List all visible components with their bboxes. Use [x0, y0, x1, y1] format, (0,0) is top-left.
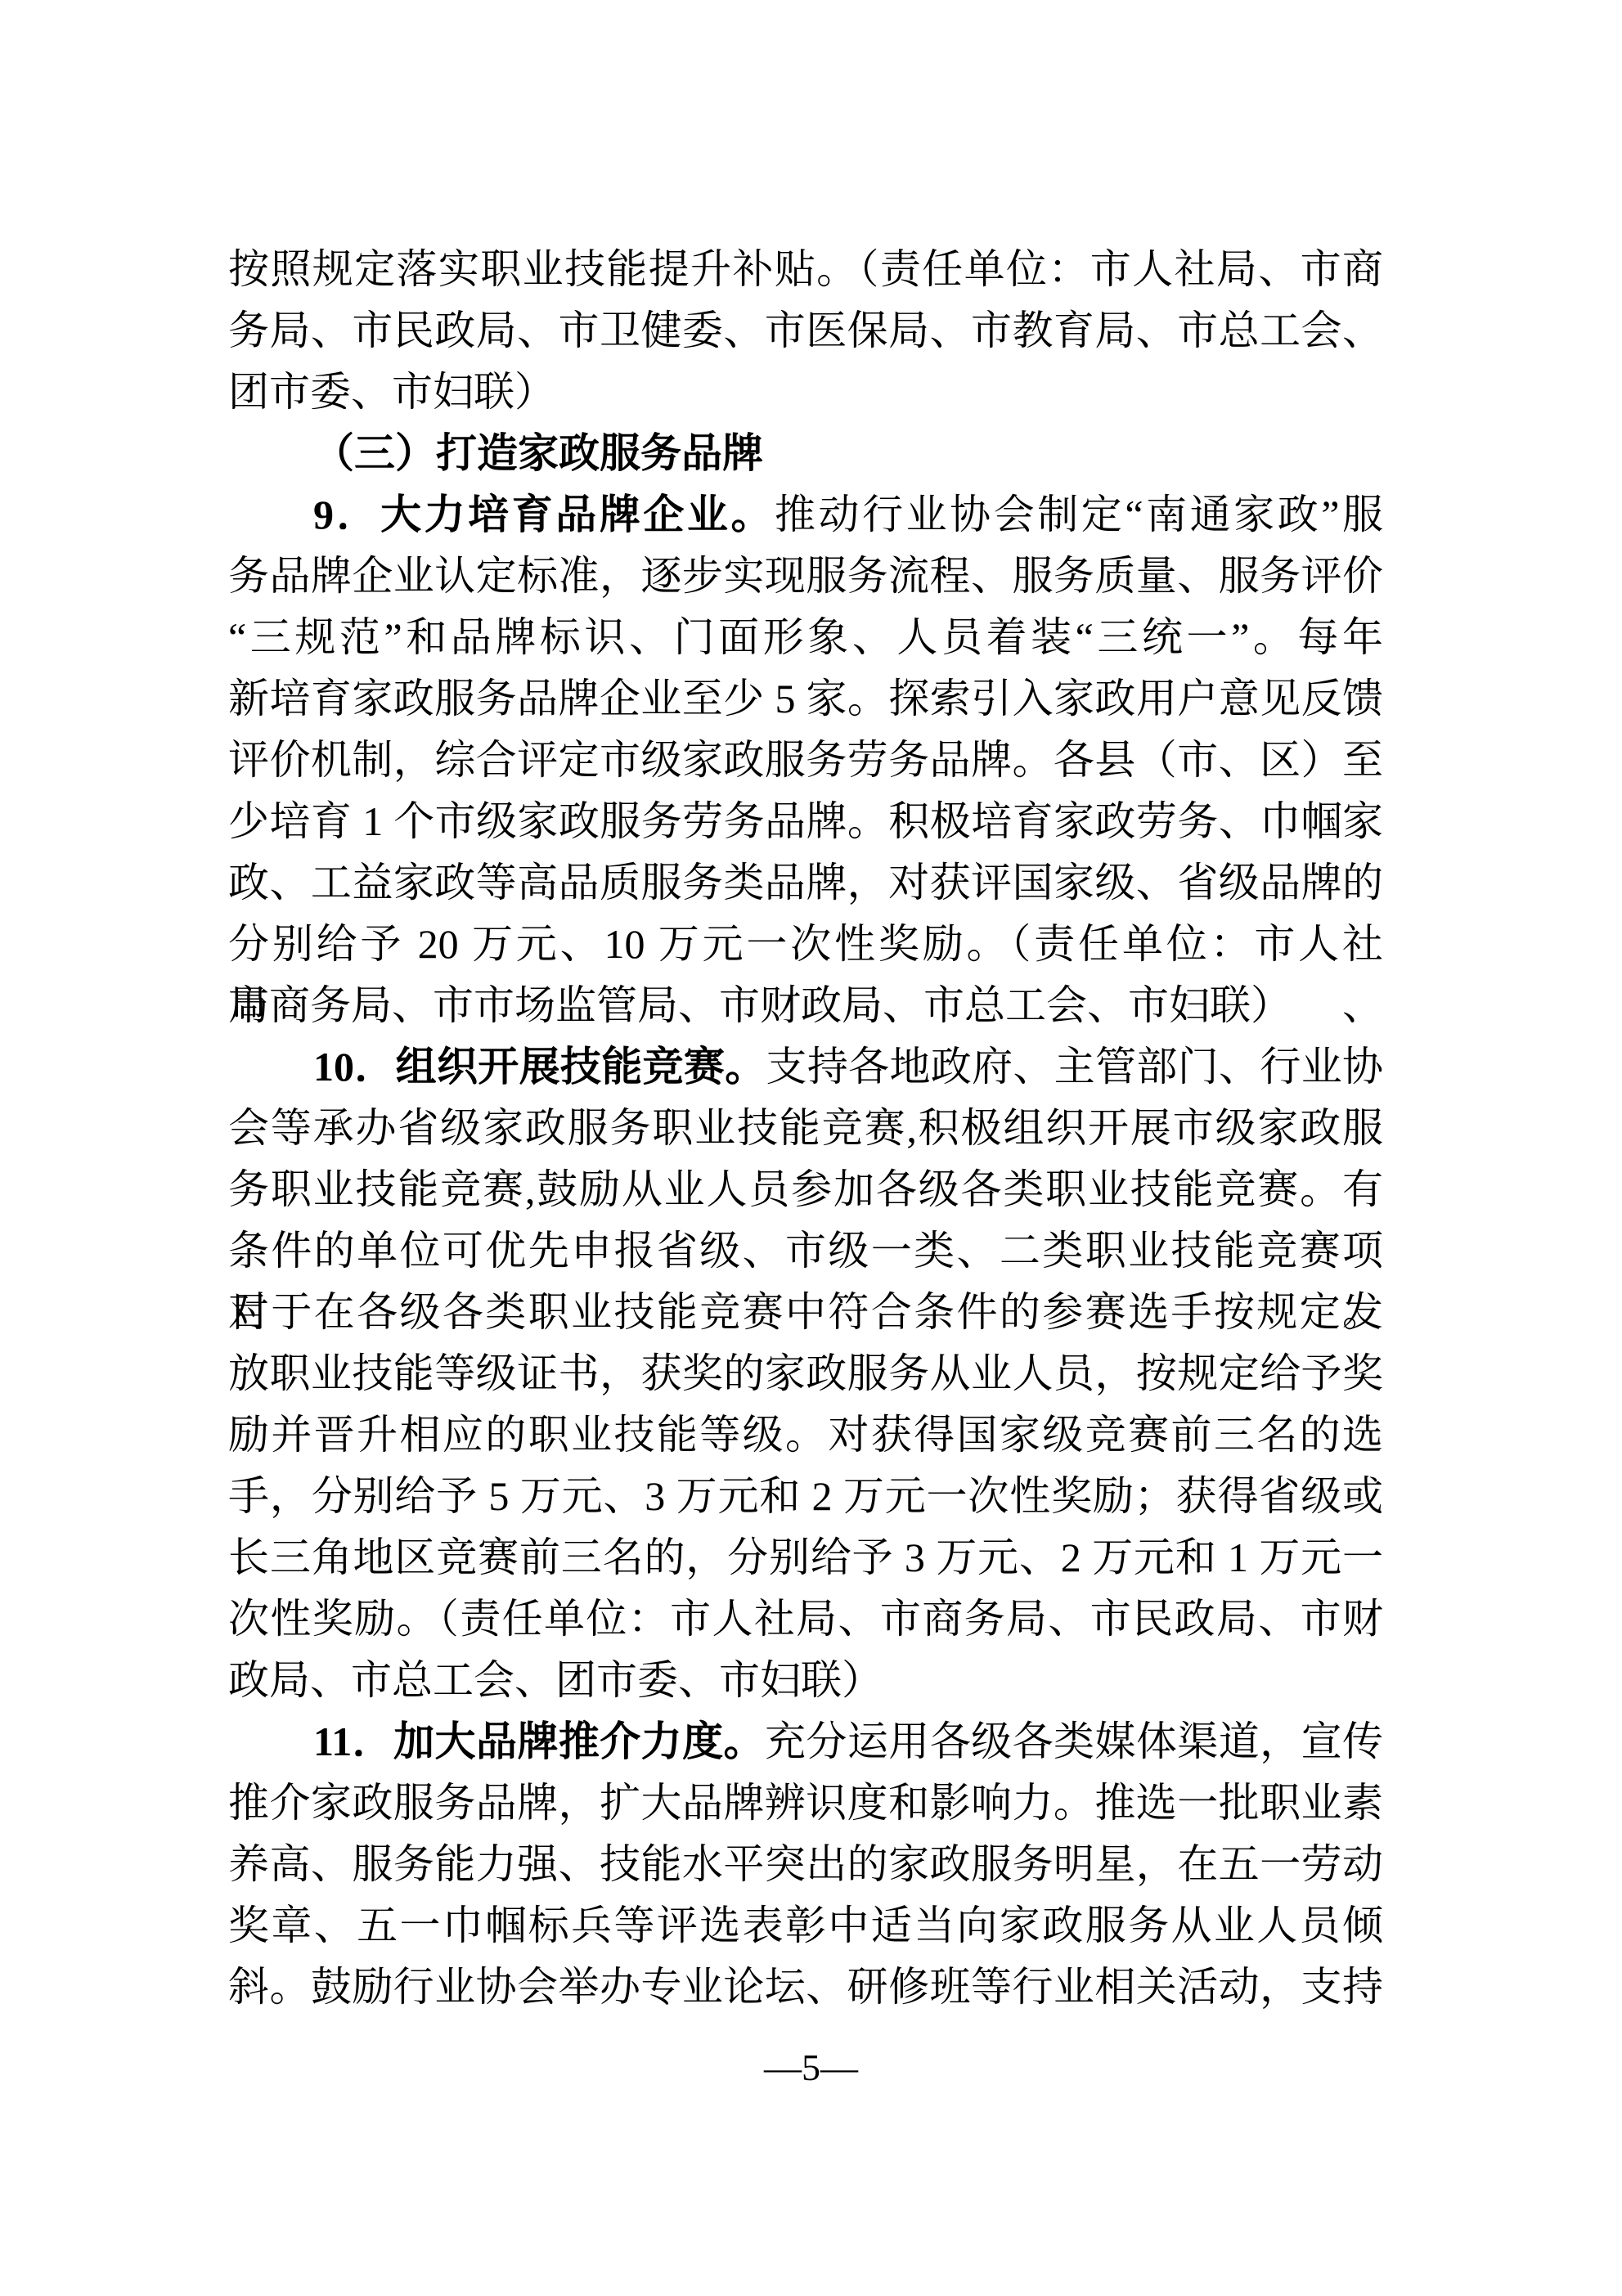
line-text: 次性奖励。（责任单位：市人社局、市商务局、市民政局、市财 — [228, 1596, 1383, 1642]
text-line: 推介家政服务品牌，扩大品牌辨识度和影响力。推选一批职业素 — [228, 1773, 1383, 1834]
line-text: 务职业技能竞赛,鼓励从业人员参加各级各类职业技能竞赛。有 — [228, 1166, 1383, 1212]
paragraph-number-lead: 9．大力培育品牌企业。 — [313, 492, 775, 537]
text-line: 务局、市民政局、市卫健委、市医保局、市教育局、市总工会、 — [228, 300, 1383, 362]
section-heading: （三）打造家政服务品牌 — [228, 423, 1383, 484]
document-body: 按照规定落实职业技能提升补贴。（责任单位：市人社局、市商务局、市民政局、市卫健委… — [228, 239, 1383, 2018]
text-line: 手，分别给予 5 万元、3 万元和 2 万元一次性奖励；获得省级或 — [228, 1466, 1383, 1527]
text-line: 团市委、市妇联） — [228, 362, 1383, 423]
text-line: 放职业技能等级证书，获奖的家政服务从业人员，按规定给予奖 — [228, 1343, 1383, 1404]
text-line: 分别给予 20 万元、10 万元一次性奖励。（责任单位：市人社局、 — [228, 914, 1383, 975]
text-line: 奖章、五一巾帼标兵等评选表彰中适当向家政服务从业人员倾 — [228, 1895, 1383, 1957]
line-text: 少培育 1 个市级家政服务劳务品牌。积极培育家政劳务、巾帼家 — [228, 798, 1383, 844]
line-text: 手，分别给予 5 万元、3 万元和 2 万元一次性奖励；获得省级或 — [228, 1473, 1383, 1519]
text-line: 养高、服务能力强、技能水平突出的家政服务明星，在五一劳动 — [228, 1834, 1383, 1895]
line-text: 新培育家政服务品牌企业至少 5 家。探索引入家政用户意见反馈 — [228, 676, 1383, 721]
page-number: —5— — [0, 2043, 1622, 2092]
text-line: 按照规定落实职业技能提升补贴。（责任单位：市人社局、市商 — [228, 239, 1383, 300]
text-line: 市商务局、市市场监管局、市财政局、市总工会、市妇联） — [228, 975, 1383, 1036]
line-text: 务品牌企业认定标准，逐步实现服务流程、服务质量、服务评价 — [228, 553, 1383, 599]
line-text: 长三角地区竞赛前三名的，分别给予 3 万元、2 万元和 1 万元一 — [228, 1534, 1383, 1580]
line-text: 团市委、市妇联） — [228, 369, 555, 415]
line-text: 奖章、五一巾帼标兵等评选表彰中适当向家政服务从业人员倾 — [228, 1903, 1383, 1948]
document-page: 按照规定落实职业技能提升补贴。（责任单位：市人社局、市商务局、市民政局、市卫健委… — [0, 0, 1622, 2296]
line-text: 支持各地政府、主管部门、行业协 — [766, 1044, 1383, 1090]
text-line: 11．加大品牌推介力度。充分运用各级各类媒体渠道，宣传 — [228, 1711, 1383, 1773]
line-text: 推动行业协会制定“南通家政”服 — [775, 492, 1383, 537]
line-text: 推介家政服务品牌，扩大品牌辨识度和影响力。推选一批职业素 — [228, 1780, 1383, 1826]
text-line: 政局、市总工会、团市委、市妇联） — [228, 1650, 1383, 1711]
line-text: 政局、市总工会、团市委、市妇联） — [228, 1657, 883, 1703]
text-line: 励并晋升相应的职业技能等级。对获得国家级竞赛前三名的选 — [228, 1404, 1383, 1466]
line-text: 会等承办省级家政服务职业技能竞赛,积极组织开展市级家政服 — [228, 1105, 1383, 1151]
text-line: 9．大力培育品牌企业。推动行业协会制定“南通家政”服 — [228, 484, 1383, 546]
line-text: 市商务局、市市场监管局、市财政局、市总工会、市妇联） — [228, 982, 1292, 1028]
text-line: 条件的单位可优先申报省级、市级一类、二类职业技能竞赛项目。 — [228, 1220, 1383, 1282]
text-line: “三规范”和品牌标识、门面形象、人员着装“三统一”。每年 — [228, 607, 1383, 668]
text-line: 次性奖励。（责任单位：市人社局、市商务局、市民政局、市财 — [228, 1588, 1383, 1650]
text-line: 少培育 1 个市级家政服务劳务品牌。积极培育家政劳务、巾帼家 — [228, 791, 1383, 852]
text-line: 评价机制，综合评定市级家政服务劳务品牌。各县（市、区）至 — [228, 730, 1383, 791]
line-text: 评价机制，综合评定市级家政服务劳务品牌。各县（市、区）至 — [228, 737, 1383, 783]
text-line: 政、工益家政等高品质服务类品牌，对获评国家级、省级品牌的 — [228, 852, 1383, 914]
paragraph-number-lead: 10．组织开展技能竞赛。 — [313, 1044, 766, 1090]
text-line: 斜。鼓励行业协会举办专业论坛、研修班等行业相关活动，支持 — [228, 1957, 1383, 2018]
text-line: 对于在各级各类职业技能竞赛中符合条件的参赛选手按规定发 — [228, 1282, 1383, 1343]
text-line: 务职业技能竞赛,鼓励从业人员参加各级各类职业技能竞赛。有 — [228, 1159, 1383, 1220]
text-line: 务品牌企业认定标准，逐步实现服务流程、服务质量、服务评价 — [228, 546, 1383, 607]
text-line: 长三角地区竞赛前三名的，分别给予 3 万元、2 万元和 1 万元一 — [228, 1527, 1383, 1588]
text-line: 会等承办省级家政服务职业技能竞赛,积极组织开展市级家政服 — [228, 1098, 1383, 1159]
line-text: 充分运用各级各类媒体渠道，宣传 — [765, 1719, 1383, 1764]
line-text: 按照规定落实职业技能提升补贴。（责任单位：市人社局、市商 — [228, 246, 1383, 292]
line-text: 务局、市民政局、市卫健委、市医保局、市教育局、市总工会、 — [228, 308, 1383, 353]
line-text: 斜。鼓励行业协会举办专业论坛、研修班等行业相关活动，支持 — [228, 1964, 1383, 2010]
line-text: “三规范”和品牌标识、门面形象、人员着装“三统一”。每年 — [228, 614, 1383, 660]
line-text: 养高、服务能力强、技能水平突出的家政服务明星，在五一劳动 — [228, 1841, 1383, 1887]
paragraph-number-lead: 11．加大品牌推介力度。 — [313, 1719, 765, 1764]
line-text: 放职业技能等级证书，获奖的家政服务从业人员，按规定给予奖 — [228, 1350, 1383, 1396]
line-text: （三）打造家政服务品牌 — [313, 430, 763, 476]
line-text: 励并晋升相应的职业技能等级。对获得国家级竞赛前三名的选 — [228, 1412, 1383, 1458]
text-line: 10．组织开展技能竞赛。支持各地政府、主管部门、行业协 — [228, 1036, 1383, 1098]
line-text: 政、工益家政等高品质服务类品牌，对获评国家级、省级品牌的 — [228, 860, 1383, 905]
text-line: 新培育家政服务品牌企业至少 5 家。探索引入家政用户意见反馈 — [228, 668, 1383, 730]
line-text: 对于在各级各类职业技能竞赛中符合条件的参赛选手按规定发 — [228, 1289, 1383, 1335]
